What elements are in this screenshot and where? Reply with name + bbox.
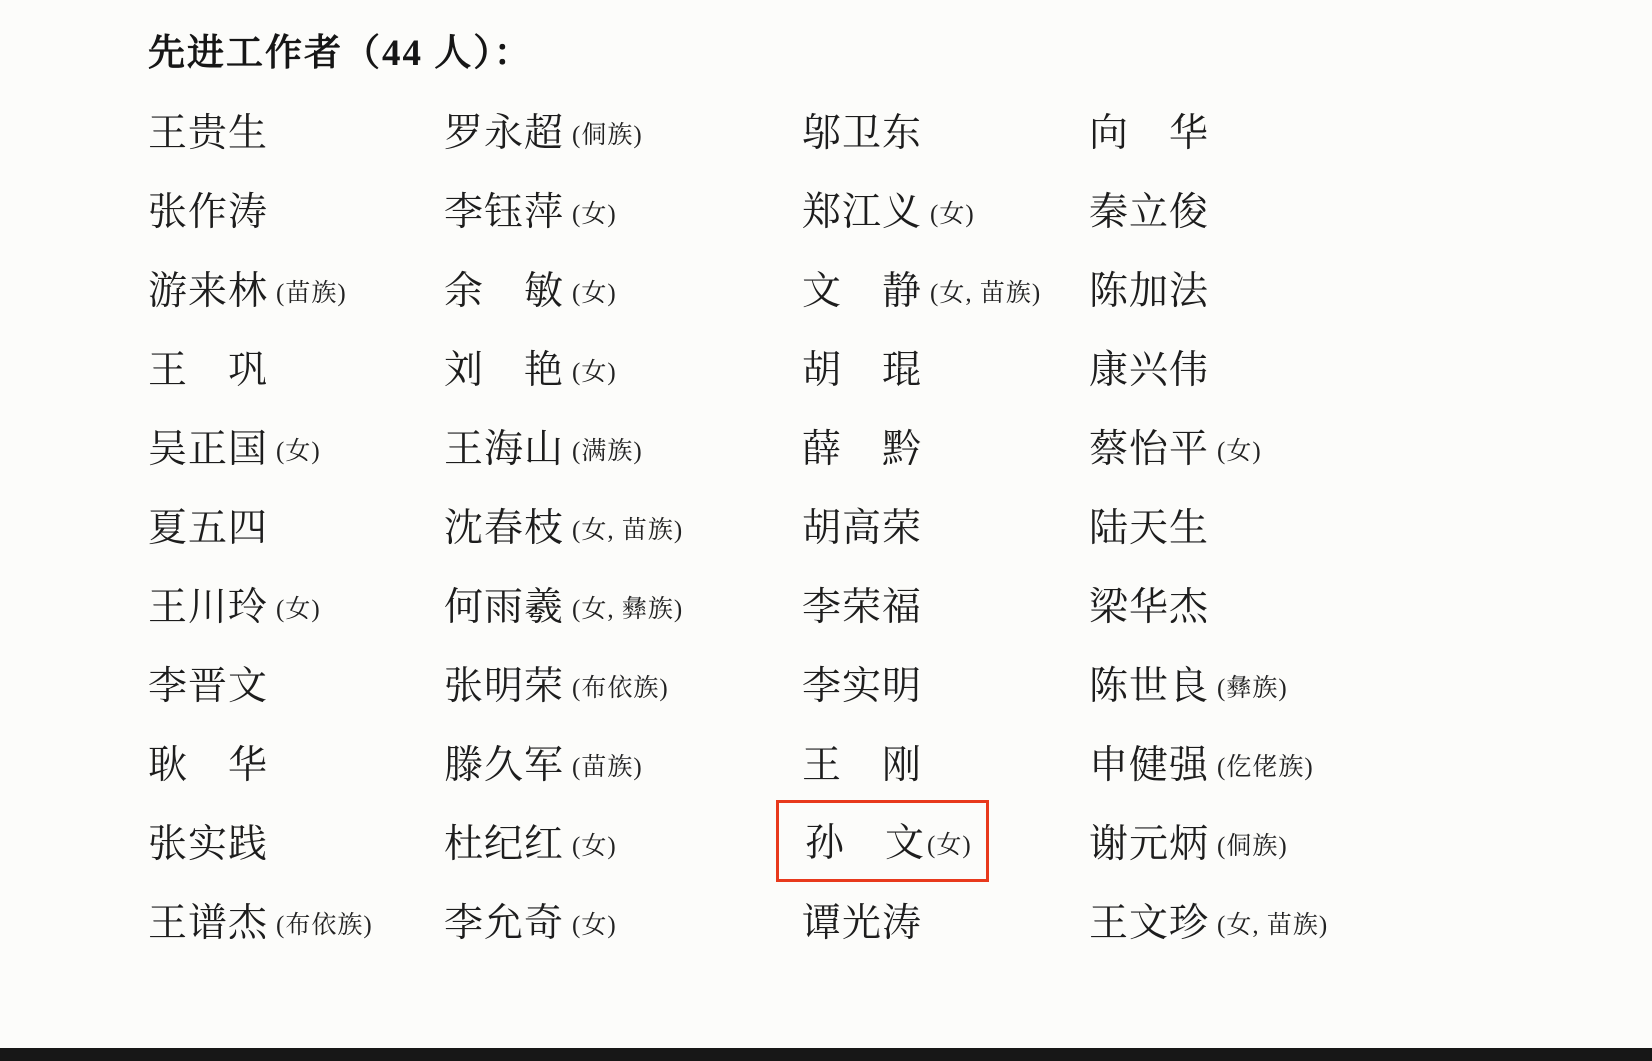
roster-cell-r6-c4: 陆天生 (1089, 485, 1578, 564)
person-entry: 游来林(苗族) (148, 260, 347, 316)
roster-cell-r4-c4: 康兴伟 (1089, 327, 1578, 406)
person-name: 游来林 (148, 260, 268, 316)
person-note: (女, 彝族) (572, 583, 683, 625)
roster-cell-r1-c4: 向 华 (1089, 90, 1578, 169)
person-name: 张作涛 (148, 181, 268, 237)
roster-cell-r5-c3: 薛 黔 (802, 406, 1089, 485)
person-name: 罗永超 (444, 102, 564, 158)
person-entry: 吴正国(女) (148, 418, 321, 474)
person-note: (女) (572, 346, 617, 388)
roster-cell-r11-c2: 李允奇(女) (444, 880, 802, 959)
person-name: 陈世良 (1089, 655, 1209, 711)
roster-cell-r7-c3: 李荣福 (802, 564, 1089, 643)
roster-cell-r7-c4: 梁华杰 (1089, 564, 1578, 643)
person-note: (侗族) (1217, 820, 1288, 862)
person-name: 孙 文 (805, 812, 925, 868)
person-name: 张明荣 (444, 655, 564, 711)
person-entry: 薛 黔 (802, 418, 922, 474)
person-name: 谢元炳 (1089, 813, 1209, 869)
person-name: 胡高荣 (802, 497, 922, 553)
roster-cell-r8-c4: 陈世良(彝族) (1089, 643, 1578, 722)
person-name: 何雨羲 (444, 576, 564, 632)
person-entry: 胡高荣 (802, 497, 922, 553)
highlight-box: 孙 文(女) (776, 800, 989, 882)
person-name: 耿 华 (148, 734, 268, 790)
person-entry: 张作涛 (148, 181, 268, 237)
roster-cell-r9-c4: 申健强(仡佬族) (1089, 722, 1578, 801)
roster-cell-r3-c3: 文 静(女, 苗族) (802, 248, 1089, 327)
person-entry: 邬卫东 (802, 102, 922, 158)
person-entry: 郑江义(女) (802, 181, 975, 237)
person-note: (女, 苗族) (930, 267, 1041, 309)
person-entry: 王川玲(女) (148, 576, 321, 632)
page-title: 先进工作者（44 人）： (148, 22, 1578, 76)
person-entry: 陈加法 (1089, 260, 1209, 316)
person-name: 蔡怡平 (1089, 418, 1209, 474)
person-entry: 沈春枝(女, 苗族) (444, 497, 683, 553)
roster-cell-r4-c1: 王 巩 (148, 327, 444, 406)
person-entry: 陆天生 (1089, 497, 1209, 553)
person-entry: 李实明 (802, 655, 922, 711)
person-name: 王海山 (444, 418, 564, 474)
roster-cell-r7-c1: 王川玲(女) (148, 564, 444, 643)
person-name: 秦立俊 (1089, 181, 1209, 237)
roster-cell-r8-c3: 李实明 (802, 643, 1089, 722)
person-name: 王贵生 (148, 102, 268, 158)
person-entry: 罗永超(侗族) (444, 102, 643, 158)
person-name: 王文珍 (1089, 892, 1209, 948)
person-name: 郑江义 (802, 181, 922, 237)
roster-cell-r5-c1: 吴正国(女) (148, 406, 444, 485)
roster-cell-r2-c1: 张作涛 (148, 169, 444, 248)
roster-cell-r2-c4: 秦立俊 (1089, 169, 1578, 248)
person-entry: 李晋文 (148, 655, 268, 711)
roster-cell-r9-c2: 滕久军(苗族) (444, 722, 802, 801)
roster-cell-r3-c1: 游来林(苗族) (148, 248, 444, 327)
person-note: (女) (572, 820, 617, 862)
person-name: 康兴伟 (1089, 339, 1209, 395)
person-name: 胡 琨 (802, 339, 922, 395)
person-note: (仡佬族) (1217, 741, 1314, 783)
person-note: (女) (572, 899, 617, 941)
person-note: (女) (276, 425, 321, 467)
person-name: 李实明 (802, 655, 922, 711)
person-entry: 李允奇(女) (444, 892, 617, 948)
person-name: 夏五四 (148, 497, 268, 553)
person-note: (布依族) (276, 899, 373, 941)
person-note: (侗族) (572, 109, 643, 151)
person-entry: 张明荣(布依族) (444, 655, 669, 711)
roster-cell-r10-c4: 谢元炳(侗族) (1089, 801, 1578, 880)
roster-cell-r4-c3: 胡 琨 (802, 327, 1089, 406)
roster-cell-r3-c2: 余 敏(女) (444, 248, 802, 327)
roster-cell-r10-c1: 张实践 (148, 801, 444, 880)
roster-cell-r7-c2: 何雨羲(女, 彝族) (444, 564, 802, 643)
person-note: (苗族) (572, 741, 643, 783)
person-note: (苗族) (276, 267, 347, 309)
person-entry: 李荣福 (802, 576, 922, 632)
person-entry: 王 巩 (148, 339, 268, 395)
person-name: 邬卫东 (802, 102, 922, 158)
roster-cell-r3-c4: 陈加法 (1089, 248, 1578, 327)
person-note: (彝族) (1217, 662, 1288, 704)
person-name: 刘 艳 (444, 339, 564, 395)
roster-cell-r9-c3: 王 刚 (802, 722, 1089, 801)
person-name: 吴正国 (148, 418, 268, 474)
roster-cell-r6-c1: 夏五四 (148, 485, 444, 564)
roster-cell-r5-c2: 王海山(满族) (444, 406, 802, 485)
person-note: (女) (572, 267, 617, 309)
person-entry: 耿 华 (148, 734, 268, 790)
person-name: 李荣福 (802, 576, 922, 632)
person-note: (布依族) (572, 662, 669, 704)
roster-cell-r9-c1: 耿 华 (148, 722, 444, 801)
person-entry: 何雨羲(女, 彝族) (444, 576, 683, 632)
person-entry: 张实践 (148, 813, 268, 869)
person-note: (女) (1217, 425, 1262, 467)
person-note: (女) (572, 188, 617, 230)
person-name: 谭光涛 (802, 892, 922, 948)
person-entry: 王贵生 (148, 102, 268, 158)
person-entry: 刘 艳(女) (444, 339, 617, 395)
person-name: 余 敏 (444, 260, 564, 316)
roster-cell-r1-c3: 邬卫东 (802, 90, 1089, 169)
person-entry: 秦立俊 (1089, 181, 1209, 237)
person-name: 王 巩 (148, 339, 268, 395)
person-entry: 谭光涛 (802, 892, 922, 948)
person-name: 文 静 (802, 260, 922, 316)
person-entry: 滕久军(苗族) (444, 734, 643, 790)
person-entry: 康兴伟 (1089, 339, 1209, 395)
person-entry: 杜纪红(女) (444, 813, 617, 869)
person-entry: 胡 琨 (802, 339, 922, 395)
person-name: 杜纪红 (444, 813, 564, 869)
person-name: 沈春枝 (444, 497, 564, 553)
person-note: (女) (276, 583, 321, 625)
person-note: (满族) (572, 425, 643, 467)
person-entry: 文 静(女, 苗族) (802, 260, 1041, 316)
person-entry: 谢元炳(侗族) (1089, 813, 1288, 869)
person-note: (女, 苗族) (1217, 899, 1328, 941)
roster-cell-r11-c3: 谭光涛 (802, 880, 1089, 959)
roster-cell-r1-c1: 王贵生 (148, 90, 444, 169)
person-note: (女) (927, 819, 972, 861)
roster-grid: 王贵生罗永超(侗族)邬卫东向 华张作涛李钰萍(女)郑江义(女)秦立俊游来林(苗族… (148, 90, 1578, 959)
roster-cell-r4-c2: 刘 艳(女) (444, 327, 802, 406)
person-note: (女) (930, 188, 975, 230)
roster-cell-r11-c4: 王文珍(女, 苗族) (1089, 880, 1578, 959)
person-name: 陆天生 (1089, 497, 1209, 553)
roster-cell-r8-c2: 张明荣(布依族) (444, 643, 802, 722)
person-name: 向 华 (1089, 102, 1209, 158)
person-name: 李晋文 (148, 655, 268, 711)
person-name: 王 刚 (802, 734, 922, 790)
document-page: 先进工作者（44 人）： 王贵生罗永超(侗族)邬卫东向 华张作涛李钰萍(女)郑江… (148, 22, 1578, 959)
roster-cell-r10-c2: 杜纪红(女) (444, 801, 802, 880)
person-name: 申健强 (1089, 734, 1209, 790)
person-entry: 余 敏(女) (444, 260, 617, 316)
person-entry: 夏五四 (148, 497, 268, 553)
person-name: 王谱杰 (148, 892, 268, 948)
roster-cell-r2-c3: 郑江义(女) (802, 169, 1089, 248)
person-name: 张实践 (148, 813, 268, 869)
person-name: 王川玲 (148, 576, 268, 632)
roster-cell-r8-c1: 李晋文 (148, 643, 444, 722)
person-entry: 向 华 (1089, 102, 1209, 158)
person-name: 李允奇 (444, 892, 564, 948)
page-bottom-edge (0, 1048, 1652, 1061)
roster-cell-r5-c4: 蔡怡平(女) (1089, 406, 1578, 485)
roster-cell-r1-c2: 罗永超(侗族) (444, 90, 802, 169)
person-entry: 蔡怡平(女) (1089, 418, 1262, 474)
person-name: 陈加法 (1089, 260, 1209, 316)
person-entry: 陈世良(彝族) (1089, 655, 1288, 711)
person-entry: 王谱杰(布依族) (148, 892, 373, 948)
person-name: 滕久军 (444, 734, 564, 790)
roster-cell-r6-c3: 胡高荣 (802, 485, 1089, 564)
person-name: 李钰萍 (444, 181, 564, 237)
roster-cell-r11-c1: 王谱杰(布依族) (148, 880, 444, 959)
person-name: 薛 黔 (802, 418, 922, 474)
person-entry: 李钰萍(女) (444, 181, 617, 237)
person-entry: 王 刚 (802, 734, 922, 790)
roster-cell-r10-c3: 孙 文(女) (802, 801, 1089, 880)
person-entry: 王文珍(女, 苗族) (1089, 892, 1328, 948)
roster-cell-r6-c2: 沈春枝(女, 苗族) (444, 485, 802, 564)
person-entry: 王海山(满族) (444, 418, 643, 474)
person-entry: 申健强(仡佬族) (1089, 734, 1314, 790)
roster-cell-r2-c2: 李钰萍(女) (444, 169, 802, 248)
person-entry: 梁华杰 (1089, 576, 1209, 632)
person-name: 梁华杰 (1089, 576, 1209, 632)
person-note: (女, 苗族) (572, 504, 683, 546)
